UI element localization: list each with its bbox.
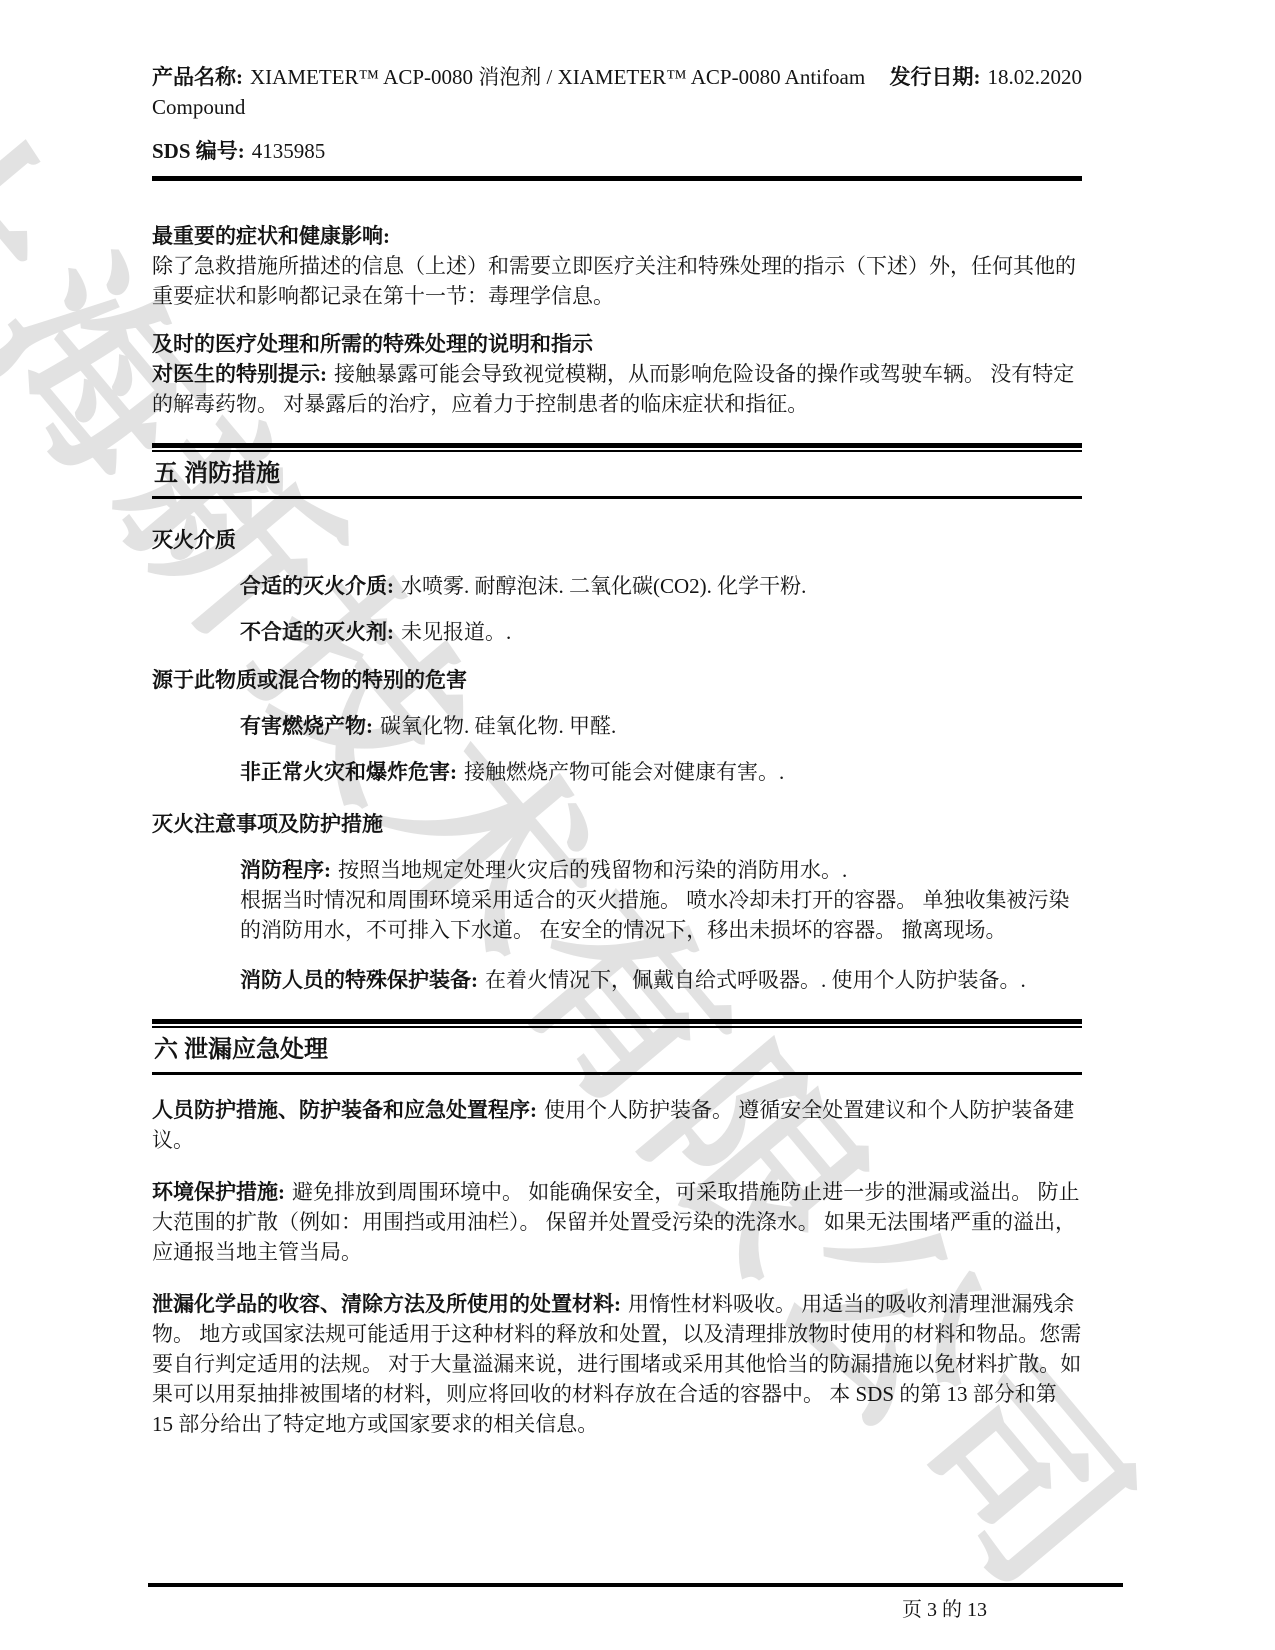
fire-procedures-block: 消防程序:按照当地规定处理火灾后的残留物和污染的消防用水。. 根据当时情况和周围… [152,855,1082,945]
section-6-title: 六 泄漏应急处理 [152,1028,1082,1072]
page-number: 页 3 的 13 [902,1595,987,1625]
combustion-products-label: 有害燃烧产物: [240,714,373,738]
product-name-value: XIAMETER™ ACP-0080 消泡剂 / XIAMETER™ ACP-0… [152,65,865,119]
suitable-media-label: 合适的灭火介质: [240,574,394,598]
environmental-precautions-label: 环境保护措施: [152,1180,285,1204]
issue-date-block: 发行日期:18.02.2020 [890,62,1083,92]
unsuitable-media-label: 不合适的灭火剂: [240,620,394,644]
containment-cleanup-paragraph: 泄漏化学品的收容、清除方法及所使用的处置材料:用惰性材料吸收。 用适当的吸收剂清… [152,1289,1082,1439]
suitable-media-row: 合适的灭火介质:水喷雾. 耐醇泡沫. 二氧化碳(CO2). 化学干粉. [152,571,1082,601]
fire-procedures-text2: 根据当时情况和周围环境采用适合的灭火措施。 喷水冷却未打开的容器。 单独收集被污… [240,885,1082,945]
doctor-note-label: 对医生的特别提示: [152,362,327,386]
firefighter-equipment-text: 在着火情况下，佩戴自给式呼吸器。. 使用个人防护装备。. [485,968,1026,992]
footer-rule [148,1583,1123,1587]
unusual-hazards-text: 接触燃烧产物可能会对健康有害。. [464,760,784,784]
unsuitable-media-text: 未见报道。. [401,620,511,644]
sds-number-value: 4135985 [252,139,326,163]
combustion-products-row: 有害燃烧产物:碳氧化物. 硅氧化物. 甲醛. [152,711,1082,741]
medical-heading: 及时的医疗处理和所需的特殊处理的说明和指示 [152,329,1082,359]
section-6-header: 六 泄漏应急处理 [152,1019,1082,1075]
sds-document-page: 上海新技术有限公司 产品名称:XIAMETER™ ACP-0080 消泡剂 / … [0,0,1275,1650]
doctor-note-paragraph: 对医生的特别提示:接触暴露可能会导致视觉模糊，从而影响危险设备的操作或驾驶车辆。… [152,359,1082,419]
document-header: 产品名称:XIAMETER™ ACP-0080 消泡剂 / XIAMETER™ … [152,62,1082,122]
symptoms-heading: 最重要的症状和健康影响: [152,221,1082,251]
symptoms-paragraph: 除了急救措施所描述的信息（上述）和需要立即医疗关注和特殊处理的指示（下述）外，任… [152,251,1082,311]
unusual-hazards-label: 非正常火灾和爆炸危害: [240,760,457,784]
header-rule [152,176,1082,181]
containment-cleanup-label: 泄漏化学品的收容、清除方法及所使用的处置材料: [152,1292,621,1316]
section-rule-bottom [152,496,1082,499]
section-5-title: 五 消防措施 [152,452,1082,496]
combustion-products-text: 碳氧化物. 硅氧化物. 甲醛. [380,714,616,738]
special-hazards-heading: 源于此物质或混合物的特别的危害 [152,665,1082,695]
suitable-media-text: 水喷雾. 耐醇泡沫. 二氧化碳(CO2). 化学干粉. [401,574,806,598]
product-name-label: 产品名称: [152,65,243,89]
sds-number-label: SDS 编号: [152,139,245,163]
section-rule-top [152,1019,1082,1024]
personal-precautions-paragraph: 人员防护措施、防护装备和应急处置程序:使用个人防护装备。 遵循安全处置建议和个人… [152,1095,1082,1155]
firefighter-equipment-label: 消防人员的特殊保护装备: [240,968,478,992]
page-content: 产品名称:XIAMETER™ ACP-0080 消泡剂 / XIAMETER™ … [152,0,1082,1439]
fire-procedures-label: 消防程序: [240,858,331,882]
section-5-header: 五 消防措施 [152,443,1082,499]
personal-precautions-label: 人员防护措施、防护装备和应急处置程序: [152,1098,537,1122]
fire-procedures-text: 按照当地规定处理火灾后的残留物和污染的消防用水。. [338,858,847,882]
unsuitable-media-row: 不合适的灭火剂:未见报道。. [152,617,1082,647]
environmental-precautions-paragraph: 环境保护措施:避免排放到周围环境中。 如能确保安全，可采取措施防止进一步的泄漏或… [152,1177,1082,1267]
extinguishing-media-heading: 灭火介质 [152,525,1082,555]
fire-procedures-row: 消防程序:按照当地规定处理火灾后的残留物和污染的消防用水。. [240,855,1082,885]
product-name-block: 产品名称:XIAMETER™ ACP-0080 消泡剂 / XIAMETER™ … [152,62,872,122]
section-rule-top [152,443,1082,448]
issue-date-value: 18.02.2020 [988,65,1083,89]
sds-number-block: SDS 编号:4135985 [152,136,1082,166]
issue-date-label: 发行日期: [890,65,981,89]
unusual-hazards-row: 非正常火灾和爆炸危害:接触燃烧产物可能会对健康有害。. [152,757,1082,787]
section-rule-bottom [152,1072,1082,1075]
fire-precautions-heading: 灭火注意事项及防护措施 [152,809,1082,839]
environmental-precautions-text: 避免排放到周围环境中。 如能确保安全，可采取措施防止进一步的泄漏或溢出。 防止大… [152,1180,1080,1264]
firefighter-equipment-row: 消防人员的特殊保护装备:在着火情况下，佩戴自给式呼吸器。. 使用个人防护装备。. [152,965,1082,995]
